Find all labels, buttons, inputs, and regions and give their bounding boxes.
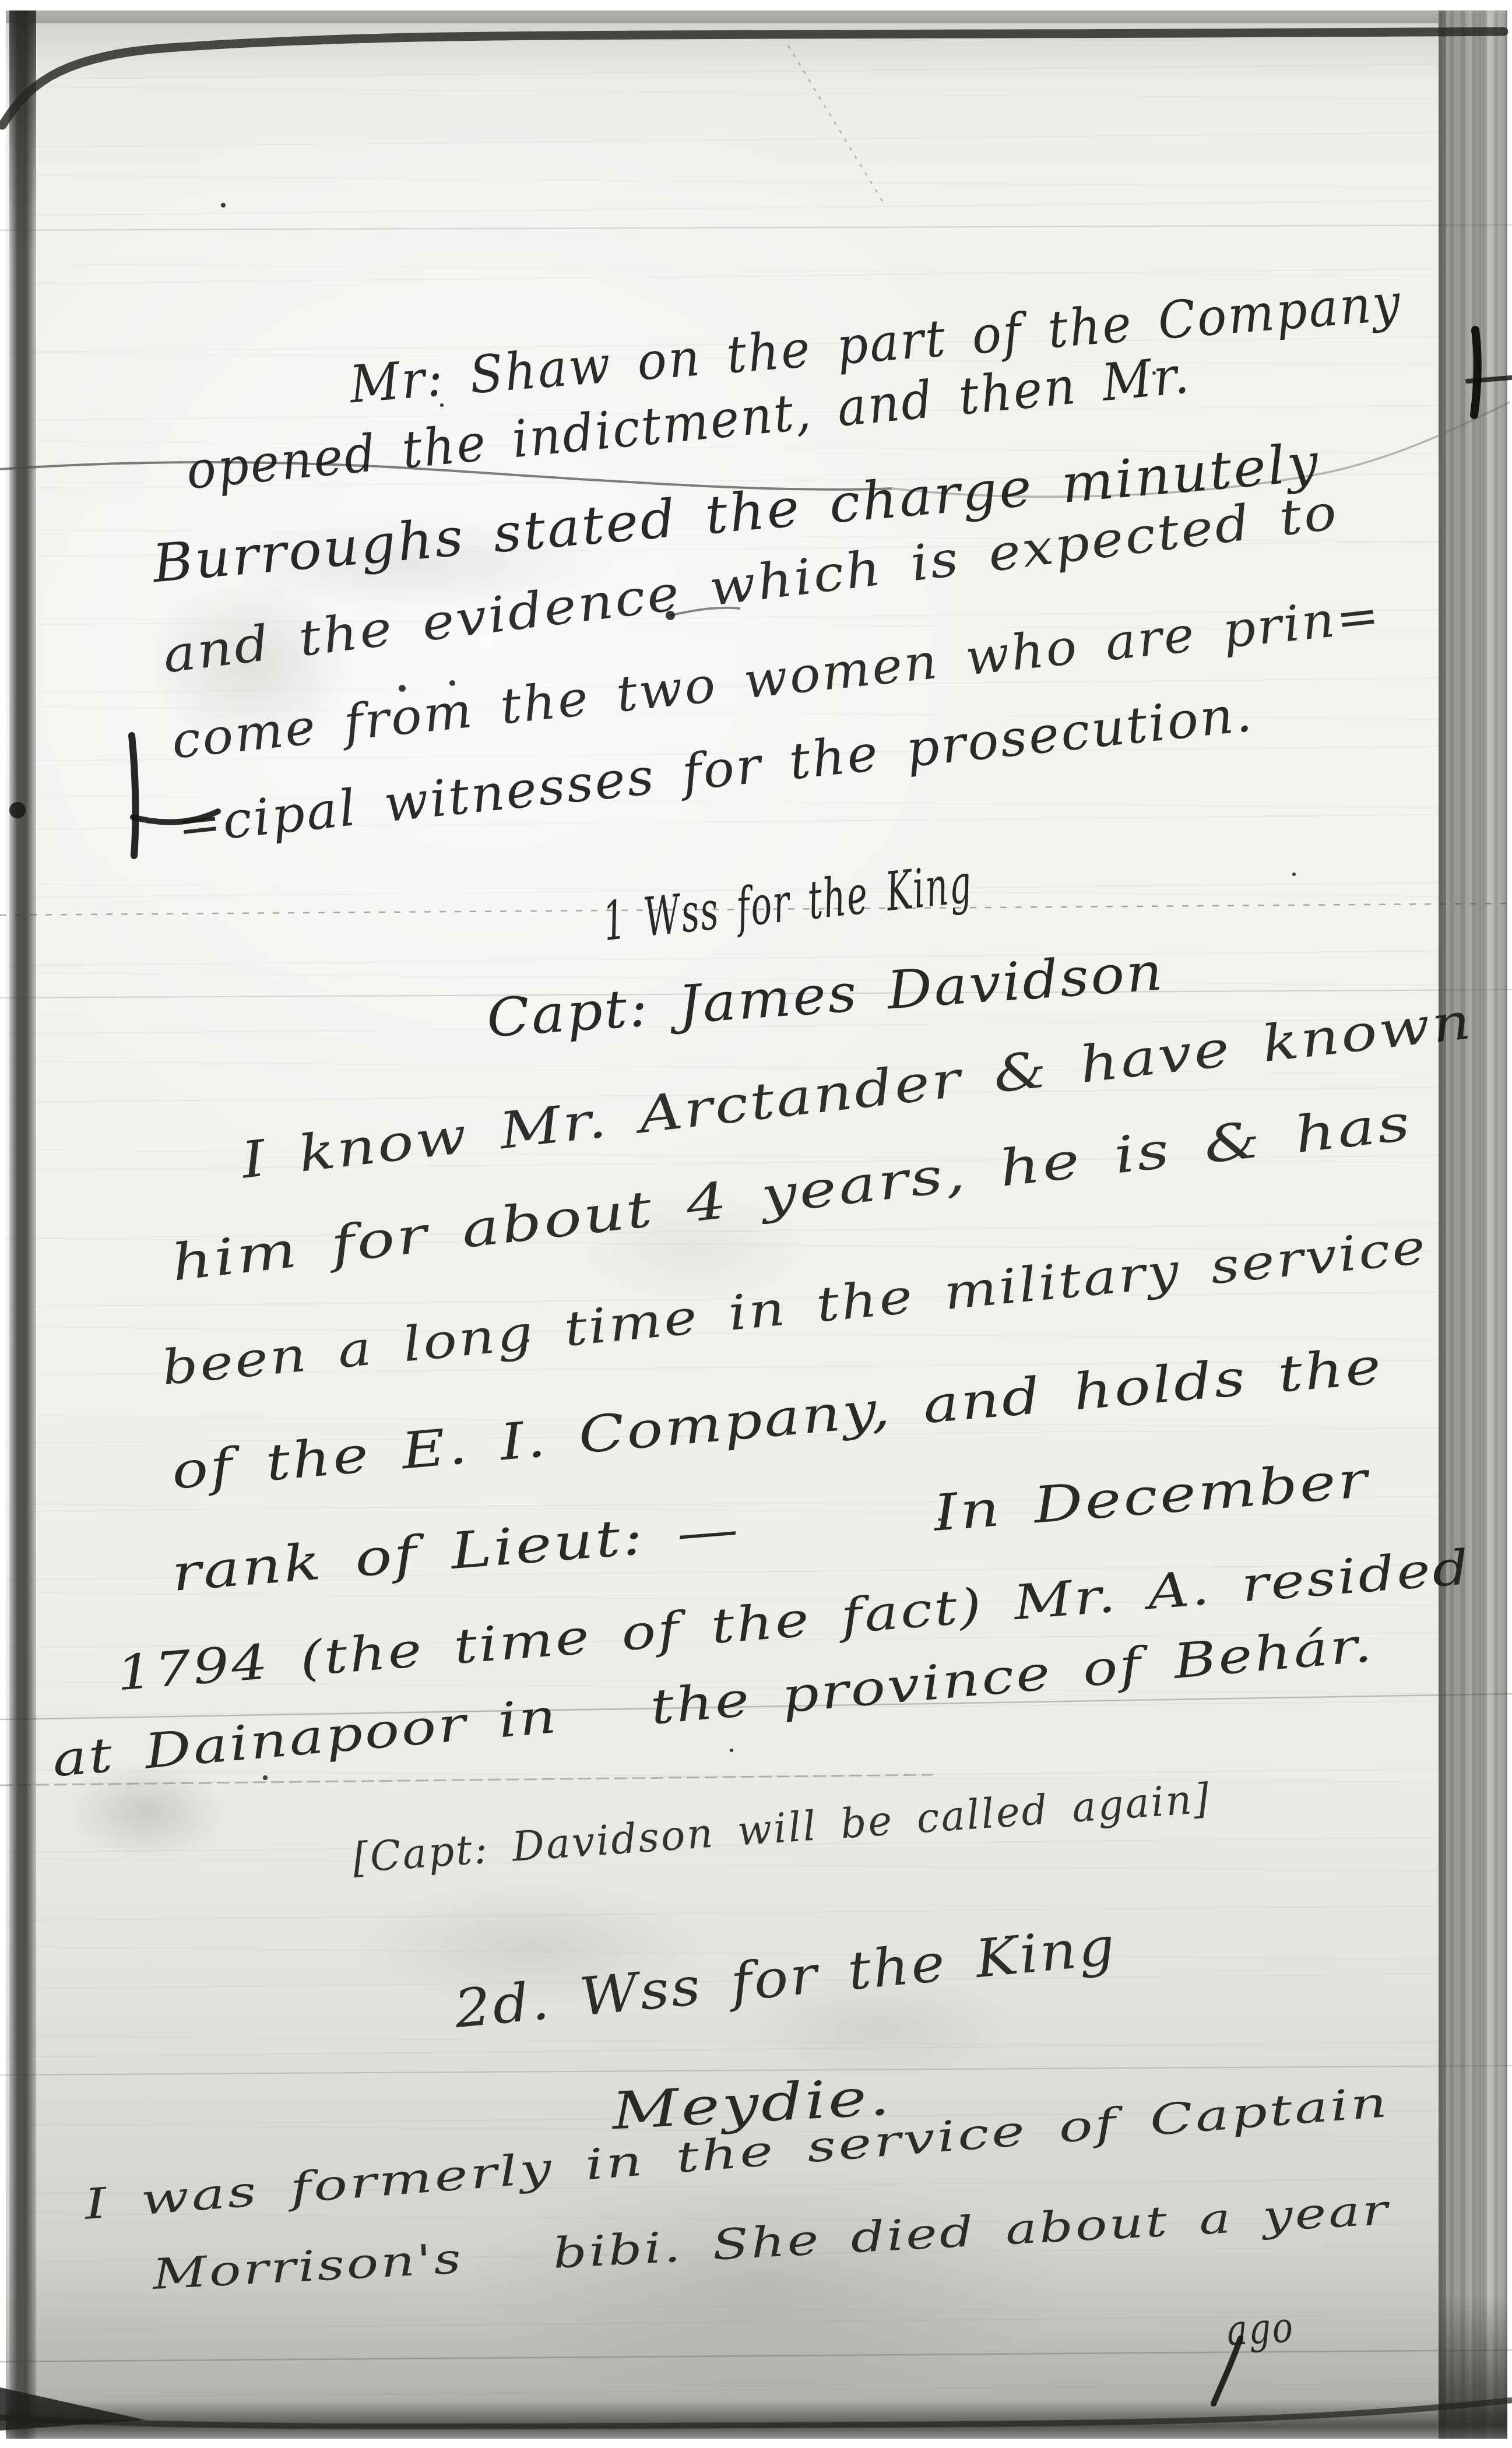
manuscript-line: ago (1226, 2302, 1296, 2355)
scratch-mark (788, 45, 885, 205)
scanned-manuscript-screenshot: { "document": { "kind_label": "handwritt… (0, 0, 1512, 2448)
bottom-page-curl-line (0, 2400, 1512, 2426)
scan-line (0, 225, 1512, 230)
margin-bracket-mark (132, 736, 136, 856)
scan-line (0, 2350, 1512, 2362)
marginal-cross-mark (1474, 330, 1478, 415)
top-page-curl-line (2, 31, 1504, 125)
